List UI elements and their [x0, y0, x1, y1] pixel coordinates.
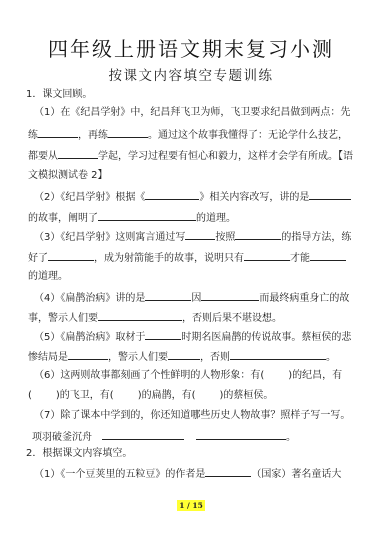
q4-text: 而最终病重身亡的故 — [259, 293, 349, 304]
page-number: 1 / 15 — [177, 500, 205, 511]
q6-text: （6）这两则故事都刻画了个性鲜明的人物形象：有( — [34, 370, 264, 381]
q3-text: 按照 — [215, 232, 235, 243]
q1-text: ，再练 — [78, 130, 108, 141]
q1-text: 。通过这个故事我懂得了：无论学什么技艺， — [148, 130, 348, 141]
fill-blank[interactable] — [310, 250, 346, 261]
fill-blank[interactable] — [108, 127, 148, 138]
q5-text: 惨结局是 — [28, 352, 68, 363]
q3-text: （3）《纪昌学射》这则寓言通过写 — [34, 232, 185, 243]
section-2-heading: 2．根据课文内容填空。 — [26, 447, 132, 461]
q6-text: )的扁鹊，有( — [138, 390, 196, 401]
document-title: 四年级上册语文期末复习小测 — [0, 33, 382, 62]
q6-text: ( — [28, 390, 32, 401]
q1-text: 都要从 — [28, 151, 58, 162]
fill-blank[interactable] — [68, 349, 108, 360]
document-page: 四年级上册语文期末复习小测 按课文内容填空专题训练 1．课文回顾。 （1）在《纪… — [0, 0, 382, 540]
q5-text: 。 — [326, 352, 336, 363]
q7-example: 项羽破釜沉舟 — [32, 432, 92, 443]
q3-text: ，成为射箭能手的故事，说明只有 — [94, 253, 244, 264]
q2-line-2: 的故事，阐明了的道理。 — [28, 210, 236, 226]
q6-line-1: （6）这两则故事都刻画了个性鲜明的人物形象：有()的纪昌，有 — [34, 369, 342, 383]
q1-line-3: 都要从学起，学习过程要有恒心和毅力，这样才会学有所成。【语 — [28, 148, 353, 164]
fill-blank[interactable] — [48, 250, 94, 261]
q3-line-3: 的道理。 — [28, 270, 68, 284]
q7-line-1: （7）除了课本中学到的，你还知道哪些历史人物故事？照样子写一写。 — [34, 409, 350, 423]
q2-text: （2）《纪昌学射》根据《 — [34, 192, 145, 203]
fill-blank[interactable] — [145, 329, 181, 340]
document-subtitle: 按课文内容填空专题训练 — [0, 64, 382, 84]
page-indicator: 1 / 15 — [0, 493, 382, 512]
fill-blank[interactable] — [244, 250, 290, 261]
q1-line-4: 文模拟测试卷 2】 — [28, 169, 108, 183]
fill-blank[interactable] — [145, 290, 191, 301]
fill-blank[interactable] — [309, 189, 351, 200]
s2-q1-text: （1）《一个豆荚里的五粒豆》的作者是 — [34, 469, 205, 480]
fill-blank[interactable] — [102, 429, 184, 440]
s2-q1-text: （国家）著名童话大 — [251, 469, 341, 480]
q6-text: )的蔡桓侯。 — [220, 390, 274, 401]
fill-blank[interactable] — [145, 189, 199, 200]
fill-blank[interactable] — [98, 310, 182, 321]
fill-blank[interactable] — [168, 349, 200, 360]
s2-q1-line-1: （1）《一个豆荚里的五粒豆》的作者是（国家）著名童话大 — [34, 466, 341, 482]
fill-blank[interactable] — [230, 349, 326, 360]
q6-text: )的飞卫，有( — [56, 390, 114, 401]
q5-text: ，警示人们要 — [108, 352, 168, 363]
fill-blank[interactable] — [235, 229, 281, 240]
q5-line-2: 惨结局是，警示人们要，否则。 — [28, 349, 336, 365]
fill-blank[interactable] — [196, 429, 286, 440]
q3-line-1: （3）《纪昌学射》这则寓言通过写按照的指导方法，练 — [34, 229, 351, 245]
q2-text: 的故事，阐明了 — [28, 213, 98, 224]
q3-text: 的指导方法，练 — [281, 232, 351, 243]
fill-blank[interactable] — [205, 466, 251, 477]
q4-text: 因 — [191, 293, 201, 304]
q3-text: 好了 — [28, 253, 48, 264]
q5-text: （5）《扁鹊治病》取材于 — [34, 332, 145, 343]
q4-text: ，否则后果不堪设想。 — [182, 313, 282, 324]
q5-text: ，否则 — [200, 352, 230, 363]
fill-blank[interactable] — [98, 210, 196, 221]
q4-text: （4）《扁鹊治病》讲的是 — [34, 293, 145, 304]
q6-line-2: ()的飞卫，有()的扁鹊，有()的蔡桓侯。 — [28, 389, 273, 403]
q6-text: )的纪昌，有 — [288, 370, 342, 381]
q7-text: 。 — [286, 432, 296, 443]
q3-line-2: 好了，成为射箭能手的故事，说明只有才能 — [28, 250, 346, 266]
fill-blank[interactable] — [201, 290, 259, 301]
q1-line-1: （1）在《纪昌学射》中，纪昌拜飞卫为师，飞卫要求纪昌做到两点：先 — [34, 106, 350, 120]
q5-text: 时期名医扁鹊的传说故事。蔡桓侯的悲 — [181, 332, 351, 343]
fill-blank[interactable] — [58, 148, 98, 159]
fill-blank[interactable] — [38, 127, 78, 138]
q3-text: 才能 — [290, 253, 310, 264]
q4-line-1: （4）《扁鹊治病》讲的是因而最终病重身亡的故 — [34, 290, 349, 306]
q1-text: 学起，学习过程要有恒心和毅力，这样才会学有所成。【语 — [98, 151, 353, 162]
q2-line-1: （2）《纪昌学射》根据《》相关内容改写，讲的是 — [34, 189, 351, 205]
q2-text: 》相关内容改写，讲的是 — [199, 192, 309, 203]
q4-text: 事，警示人们要 — [28, 313, 98, 324]
q7-line-2: 项羽破釜沉舟。 — [32, 429, 296, 445]
q5-line-1: （5）《扁鹊治病》取材于时期名医扁鹊的传说故事。蔡桓侯的悲 — [34, 329, 351, 345]
q4-line-2: 事，警示人们要，否则后果不堪设想。 — [28, 310, 282, 326]
section-1-heading: 1．课文回顾。 — [26, 88, 92, 102]
fill-blank[interactable] — [185, 229, 215, 240]
q2-text: 的道理。 — [196, 213, 236, 224]
q1-line-2: 练，再练。通过这个故事我懂得了：无论学什么技艺， — [28, 127, 348, 143]
q1-text: 练 — [28, 130, 38, 141]
